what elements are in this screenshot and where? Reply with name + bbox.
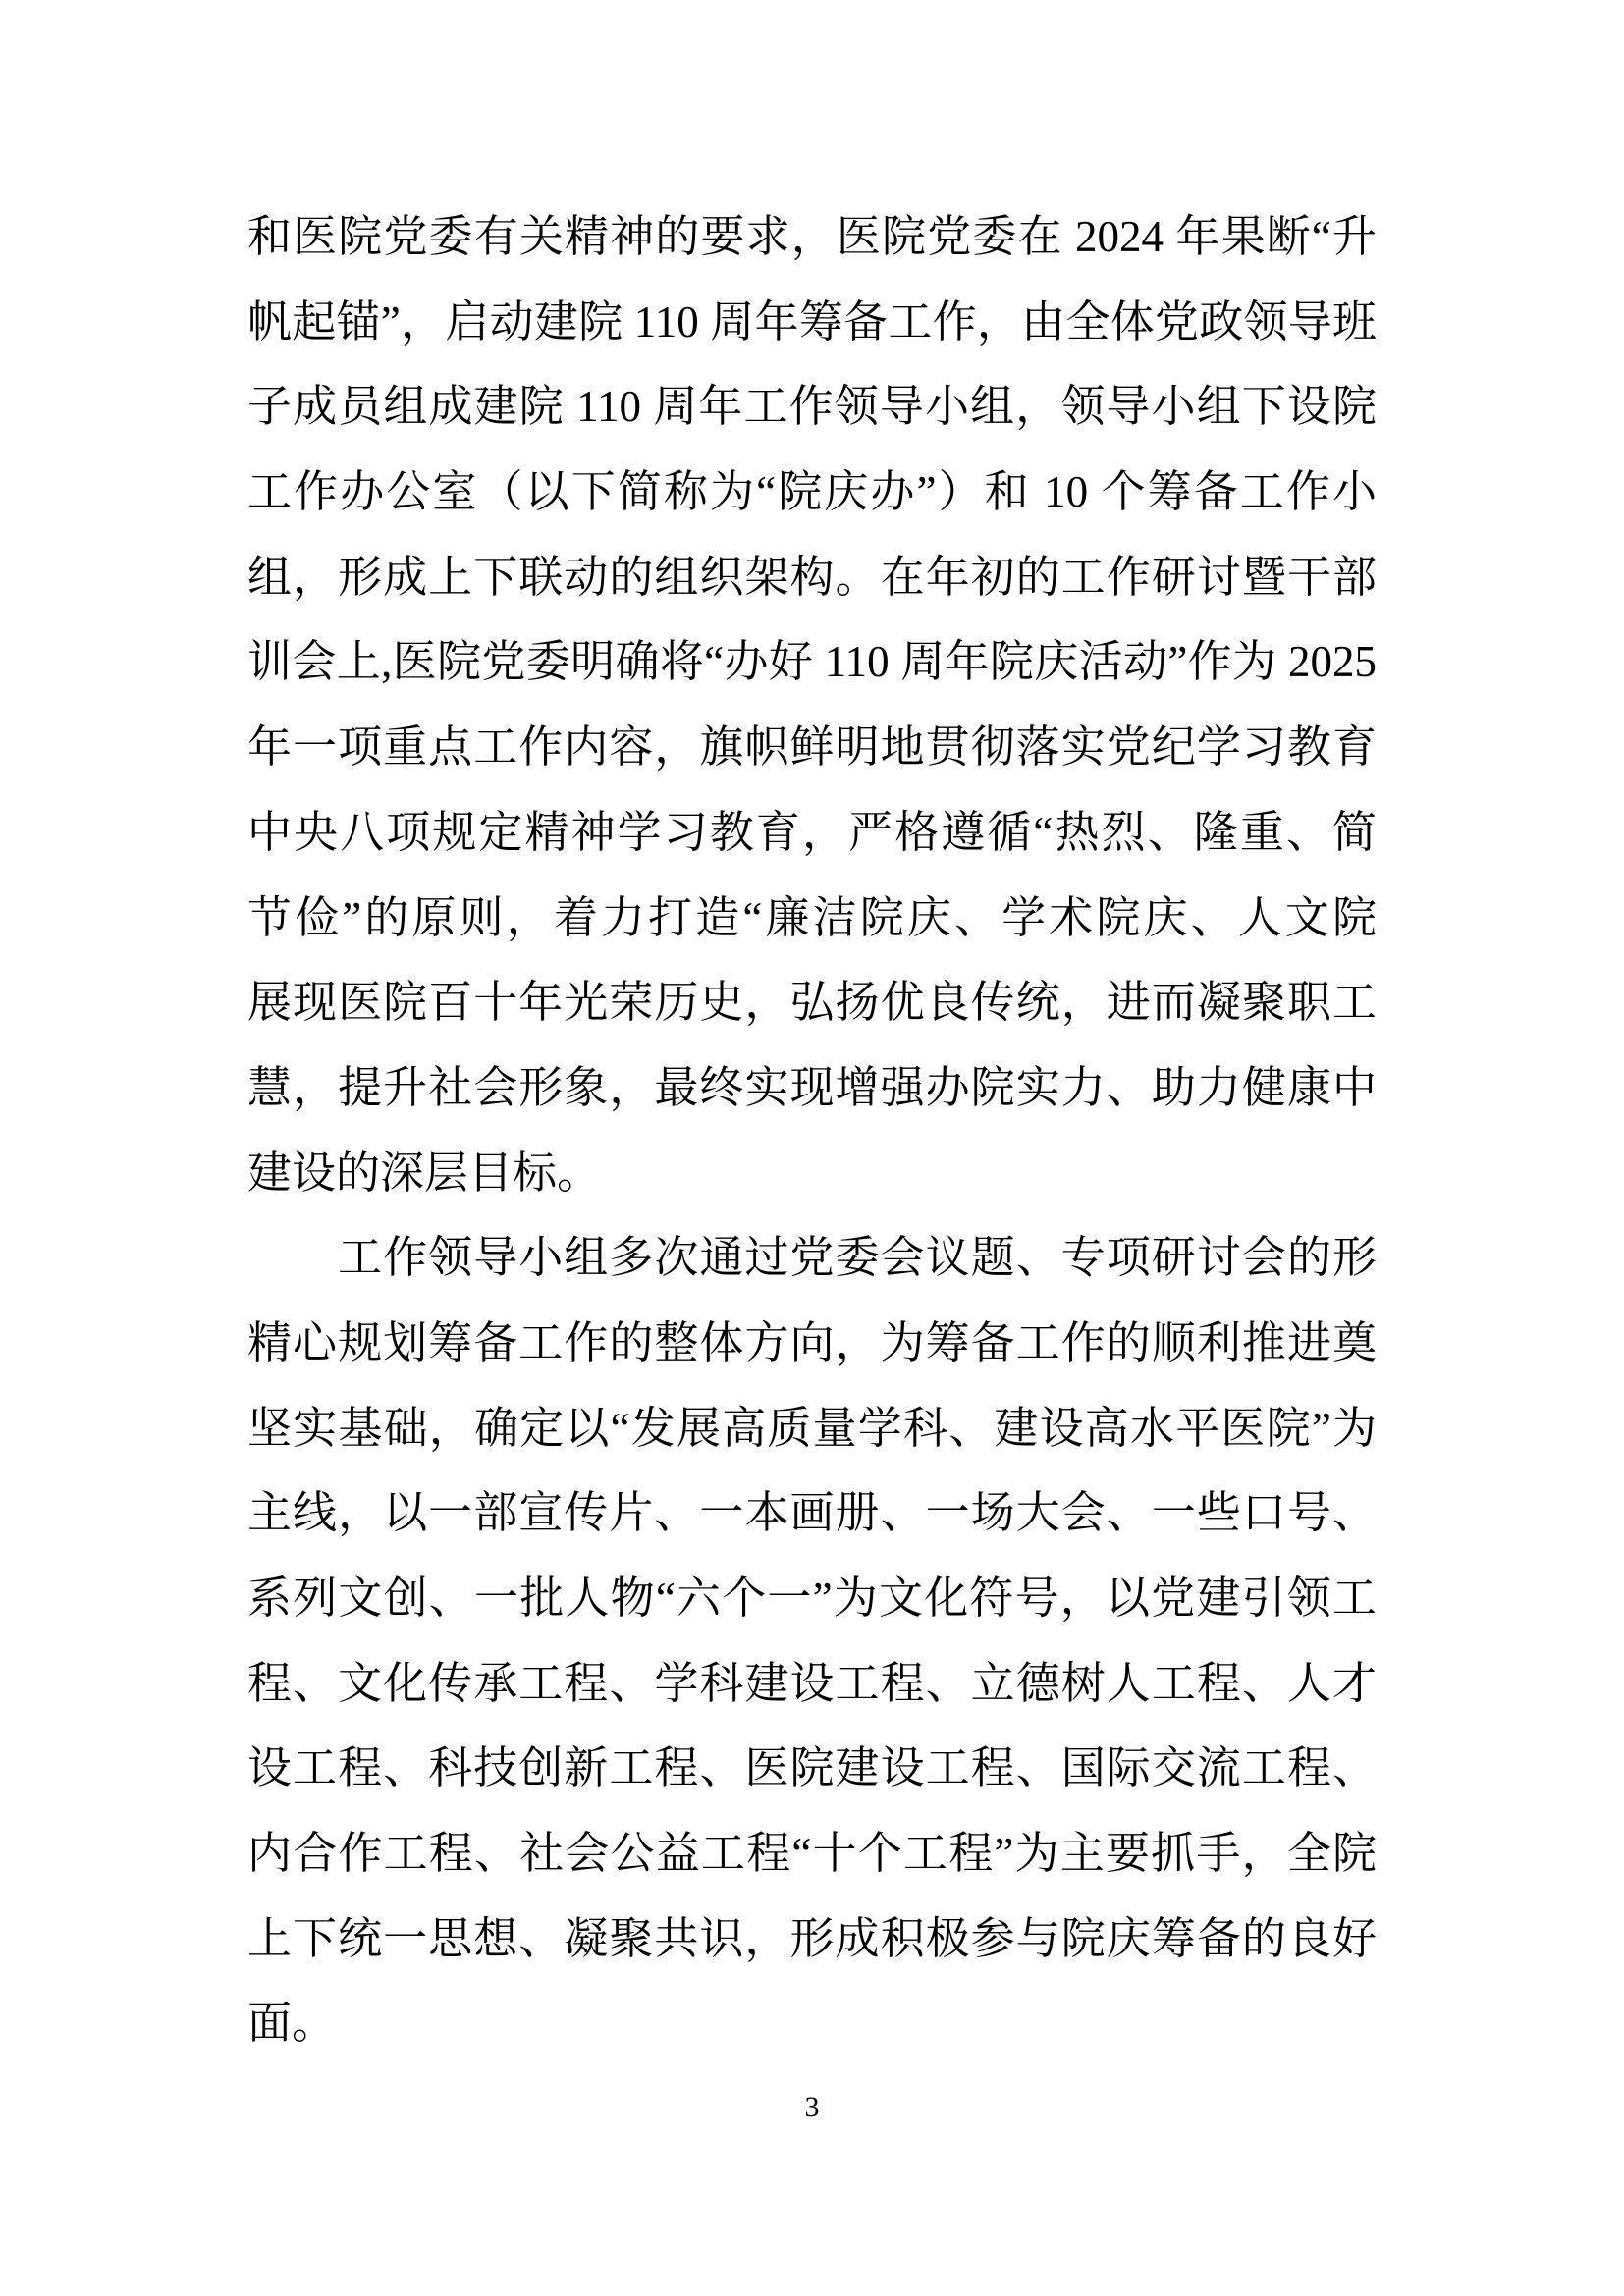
text-line: 帆起锚”，启动建院 110 周年筹备工作，由全体党政领导班 <box>247 280 1377 365</box>
text-line: 上下统一思想、凝聚共识，形成积极参与院庆筹备的良好局 <box>247 1896 1377 1982</box>
text-line: 程、文化传承工程、学科建设工程、立德树人工程、人才建 <box>247 1641 1377 1727</box>
text-line: 组，形成上下联动的组织架构。在年初的工作研讨暨干部培 <box>247 535 1377 620</box>
text-line-paragraph-end: 建设的深层目标。 <box>247 1131 1377 1216</box>
text-line: 工作办公室（以下简称为“院庆办”）和 10 个筹备工作小 <box>247 450 1377 535</box>
text-line: 训会上,医院党委明确将“办好 110 周年院庆活动”作为 2025 <box>247 619 1377 705</box>
text-line: 展现医院百十年光荣历史，弘扬优良传统，进而凝聚职工智 <box>247 960 1377 1045</box>
text-line: 精心规划筹备工作的整体方向，为筹备工作的顺利推进奠定 <box>247 1301 1377 1386</box>
page-number: 3 <box>0 2091 1624 2124</box>
document-page: 和医院党委有关精神的要求，医院党委在 2024 年果断“升 帆起锚”，启动建院 … <box>0 0 1624 2296</box>
text-line: 和医院党委有关精神的要求，医院党委在 2024 年果断“升 <box>247 194 1377 280</box>
text-line: 年一项重点工作内容，旗帜鲜明地贯彻落实党纪学习教育和 <box>247 705 1377 790</box>
text-line: 中央八项规定精神学习教育，严格遵循“热烈、隆重、简朴、 <box>247 790 1377 876</box>
text-line: 内合作工程、社会公益工程“十个工程”为主要抓手，全院 <box>247 1811 1377 1896</box>
body-text: 和医院党委有关精神的要求，医院党委在 2024 年果断“升 帆起锚”，启动建院 … <box>247 194 1377 2066</box>
text-line: 主线，以一部宣传片、一本画册、一场大会、一些口号、一 <box>247 1470 1377 1556</box>
text-line: 子成员组成建院 110 周年工作领导小组，领导小组下设院庆 <box>247 364 1377 450</box>
text-line: 慧，提升社会形象，最终实现增强办院实力、助力健康中国 <box>247 1045 1377 1131</box>
text-line: 系列文创、一批人物“六个一”为文化符号，以党建引领工 <box>247 1556 1377 1641</box>
text-line: 节俭”的原则，着力打造“廉洁院庆、学术院庆、人文院庆”， <box>247 876 1377 961</box>
text-line: 设工程、科技创新工程、医院建设工程、国际交流工程、国 <box>247 1726 1377 1811</box>
text-line-paragraph-start: 工作领导小组多次通过党委会议题、专项研讨会的形式， <box>247 1215 1377 1301</box>
text-line: 坚实基础，确定以“发展高质量学科、建设高水平医院”为 <box>247 1386 1377 1471</box>
text-line-paragraph-end: 面。 <box>247 1981 1377 2066</box>
